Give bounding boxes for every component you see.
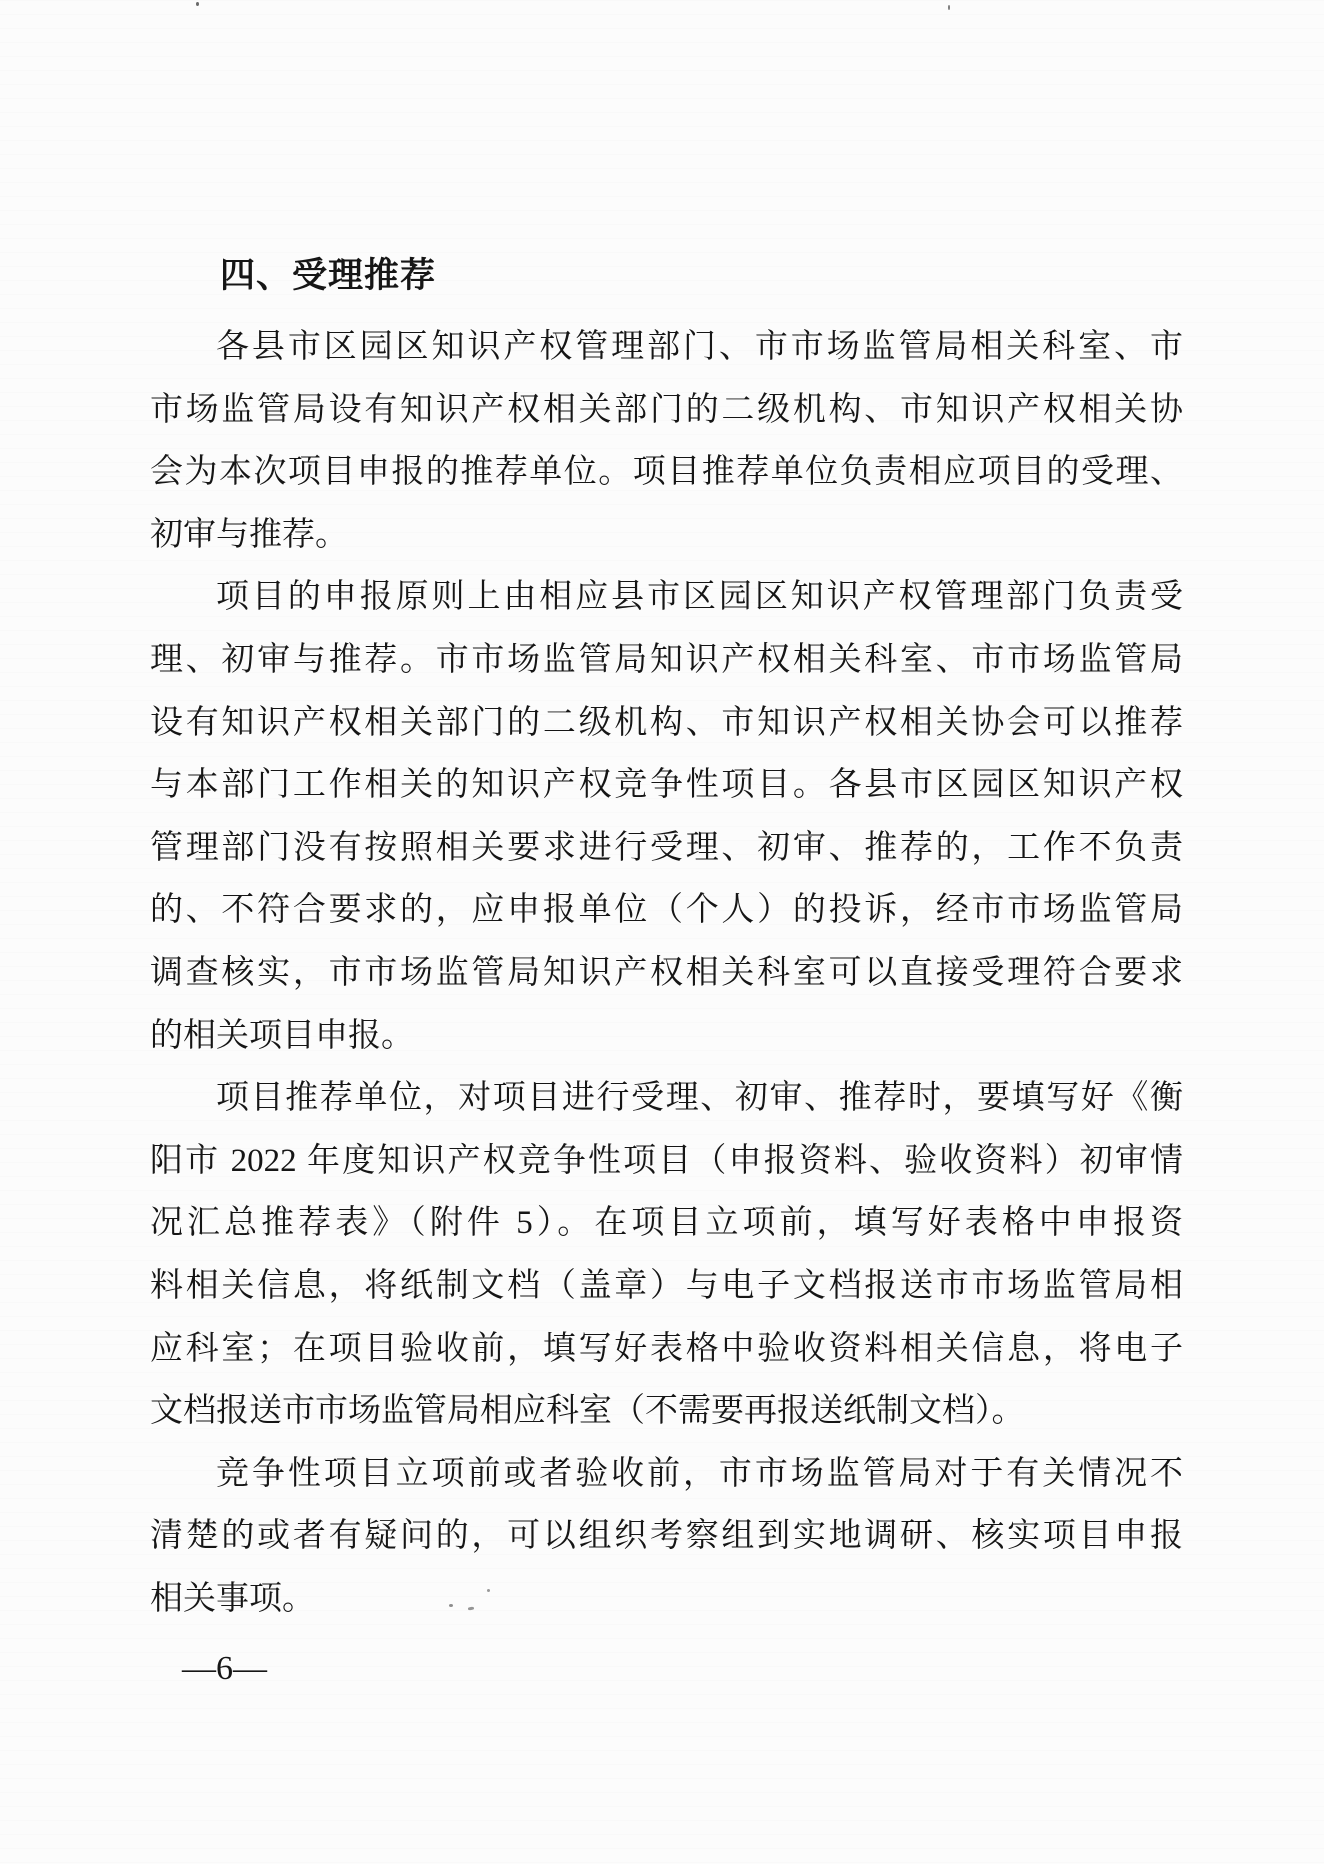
text-line: 理、初审与推荐。市市场监管局知识产权相关科室、市市场监管局 [150, 629, 1183, 692]
section-heading: 四、受理推荐 [150, 244, 1183, 307]
paragraph: 项目的申报原则上由相应县市区园区知识产权管理部门负责受理、初审与推荐。市市场监管… [150, 566, 1183, 1067]
text-line: 项目推荐单位，对项目进行受理、初审、推荐时，要填写好《衡 [150, 1067, 1183, 1130]
text-line: 调查核实，市市场监管局知识产权相关科室可以直接受理符合要求 [150, 942, 1183, 1005]
text-line: 的、不符合要求的，应申报单位（个人）的投诉，经市市场监管局 [150, 879, 1183, 942]
text-line: 况汇总推荐表》（附件 5）。在项目立项前，填写好表格中申报资 [150, 1192, 1183, 1255]
text-line: 竞争性项目立项前或者验收前，市市场监管局对于有关情况不 [150, 1443, 1183, 1506]
text-line: 与本部门工作相关的知识产权竞争性项目。各县市区园区知识产权 [150, 754, 1183, 817]
document-page: 四、受理推荐 各县市区园区知识产权管理部门、市市场监管局相关科室、市市场监管局设… [0, 0, 1324, 1864]
paragraph: 竞争性项目立项前或者验收前，市市场监管局对于有关情况不清楚的或者有疑问的，可以组… [150, 1443, 1183, 1631]
text-line: 市场监管局设有知识产权相关部门的二级机构、市知识产权相关协 [150, 379, 1183, 442]
document-content: 四、受理推荐 各县市区园区知识产权管理部门、市市场监管局相关科室、市市场监管局设… [150, 0, 1183, 1701]
text-line: 应科室；在项目验收前，填写好表格中验收资料相关信息，将电子 [150, 1318, 1183, 1381]
scan-smudge [449, 1604, 453, 1607]
text-line: 会为本次项目申报的推荐单位。项目推荐单位负责相应项目的受理、 [150, 441, 1183, 504]
text-line: 各县市区园区知识产权管理部门、市市场监管局相关科室、市 [150, 316, 1183, 379]
text-line: 相关事项。 [150, 1568, 1183, 1631]
page-number: —6— [150, 1638, 1183, 1701]
scan-speck [196, 2, 199, 6]
scan-speck [948, 5, 950, 10]
text-line: 设有知识产权相关部门的二级机构、市知识产权相关协会可以推荐 [150, 692, 1183, 755]
scan-smudge [487, 1589, 490, 1592]
paragraph: 各县市区园区知识产权管理部门、市市场监管局相关科室、市市场监管局设有知识产权相关… [150, 316, 1183, 566]
text-line: 管理部门没有按照相关要求进行受理、初审、推荐的，工作不负责 [150, 817, 1183, 880]
text-line: 清楚的或者有疑问的，可以组织考察组到实地调研、核实项目申报 [150, 1505, 1183, 1568]
paragraph: 项目推荐单位，对项目进行受理、初审、推荐时，要填写好《衡阳市 2022 年度知识… [150, 1067, 1183, 1443]
body-paragraphs: 各县市区园区知识产权管理部门、市市场监管局相关科室、市市场监管局设有知识产权相关… [150, 316, 1183, 1630]
text-line: 料相关信息，将纸制文档（盖章）与电子文档报送市市场监管局相 [150, 1255, 1183, 1318]
text-line: 的相关项目申报。 [150, 1005, 1183, 1068]
text-line: 初审与推荐。 [150, 504, 1183, 567]
text-line: 项目的申报原则上由相应县市区园区知识产权管理部门负责受 [150, 566, 1183, 629]
text-line: 阳市 2022 年度知识产权竞争性项目（申报资料、验收资料）初审情 [150, 1130, 1183, 1193]
text-line: 文档报送市市场监管局相应科室（不需要再报送纸制文档）。 [150, 1380, 1183, 1443]
